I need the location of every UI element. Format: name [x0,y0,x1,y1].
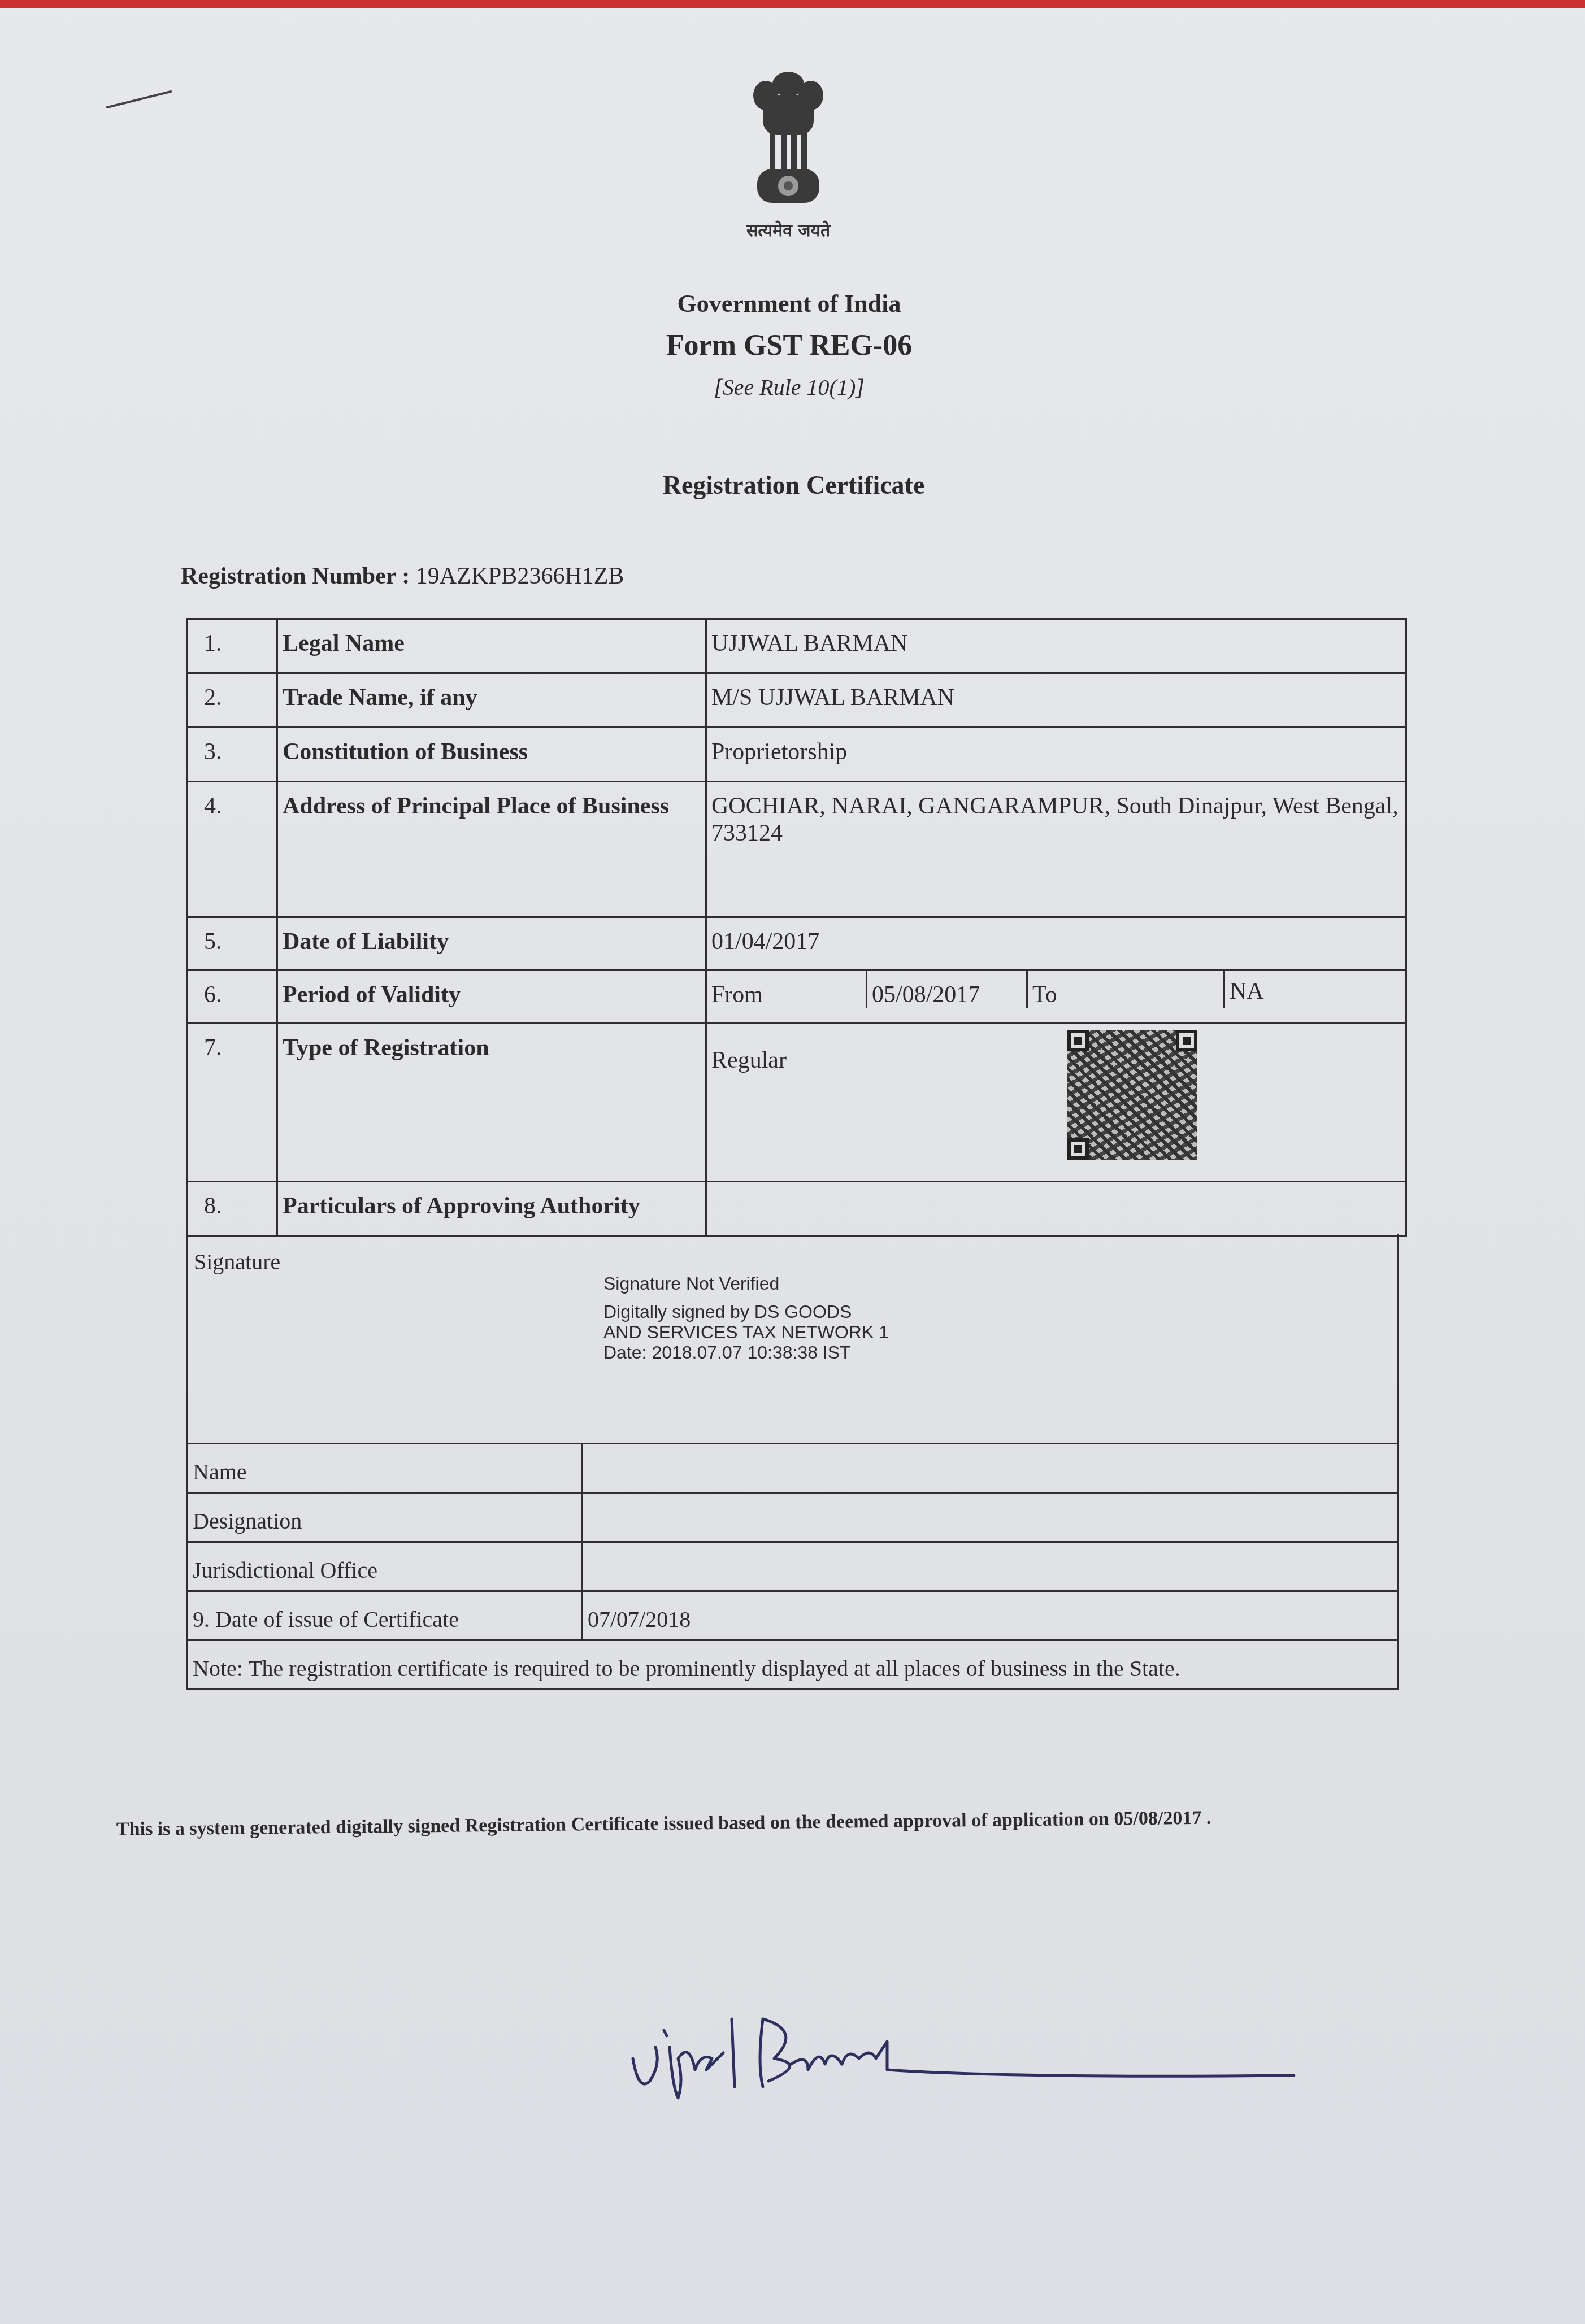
row-number: 2. [188,673,277,728]
table-row: 2. Trade Name, if any M/S UJJWAL BARMAN [188,673,1406,728]
row-label: Address of Principal Place of Business [277,782,706,917]
validity-period: From 05/08/2017 To NA [706,970,1406,1024]
certificate-page: सत्यमेव जयते Government of India Form GS… [0,8,1585,2324]
signature-status: Signature Not Verified [603,1273,889,1294]
handwritten-signature: Ujjwal Barman [616,1996,1317,2109]
table-row: 3. Constitution of Business Proprietorsh… [188,728,1406,782]
registration-number: Registration Number : 19AZKPB2366H1ZB [181,563,624,590]
emblem-motto: सत्यमेव जयते [723,218,853,241]
row-number: 6. [188,970,277,1024]
table-row: Jurisdictional Office [188,1542,1399,1591]
row-label: Trade Name, if any [277,673,706,728]
signature-date: Date: 2018.07.07 10:38:38 IST [603,1342,889,1363]
table-row: 8. Particulars of Approving Authority [188,1182,1406,1236]
registration-number-value: 19AZKPB2366H1ZB [416,563,624,589]
row-label: Legal Name [277,619,706,673]
approving-authority-value [706,1182,1406,1236]
table-row: 4. Address of Principal Place of Busines… [188,782,1406,917]
signed-by-org: AND SERVICES TAX NETWORK 1 [603,1322,889,1342]
table-row: 1. Legal Name UJJWAL BARMAN [188,619,1406,673]
system-generated-footer: This is a system generated digitally sig… [116,1808,1211,1840]
rule-reference: [See Rule 10(1)] [0,374,1582,401]
date-of-liability-value: 01/04/2017 [706,917,1406,970]
table-row: 9. Date of issue of Certificate 07/07/20… [188,1591,1399,1640]
government-heading: Government of India [0,289,1582,318]
row-number: 8. [188,1182,277,1236]
row-number: 4. [188,782,277,917]
constitution-value: Proprietorship [706,728,1406,782]
row-label: Particulars of Approving Authority [277,1182,706,1236]
table-row: 6. Period of Validity From 05/08/2017 To… [188,970,1406,1024]
national-emblem-icon [740,62,836,214]
jurisdictional-office-label: Jurisdictional Office [188,1542,583,1591]
issue-date-label: 9. Date of issue of Certificate [188,1591,583,1640]
to-date: NA [1225,971,1269,1008]
qr-code-icon [1067,1030,1197,1160]
address-value: GOCHIAR, NARAI, GANGARAMPUR, South Dinaj… [706,782,1406,917]
row-label: Date of Liability [277,917,706,970]
row-label: Type of Registration [277,1024,706,1182]
details-table: 1. Legal Name UJJWAL BARMAN 2. Trade Nam… [186,618,1407,1237]
registration-type-value: Regular [711,1034,1401,1074]
form-title: Form GST REG-06 [0,329,1582,362]
signature-label: Signature [194,1248,280,1275]
registration-number-label: Registration Number : [181,563,410,589]
to-label: To [1028,971,1225,1008]
from-label: From [707,971,867,1008]
authority-table: Name Designation Jurisdictional Office 9… [186,1443,1399,1690]
signed-by: Digitally signed by DS GOODS [603,1302,889,1322]
designation-value [583,1493,1399,1542]
table-row: Name [188,1444,1399,1493]
registration-type-cell: Regular [706,1024,1406,1182]
document-title: Registration Certificate [1,470,1585,500]
table-row: 5. Date of Liability 01/04/2017 [188,917,1406,970]
authority-name-value [583,1444,1399,1493]
row-number: 1. [188,619,277,673]
row-label: Constitution of Business [277,728,706,782]
display-note: Note: The registration certificate is re… [188,1640,1399,1690]
row-number: 3. [188,728,277,782]
table-row: Note: The registration certificate is re… [188,1640,1399,1690]
table-row: 7. Type of Registration Regular [188,1024,1406,1182]
from-date: 05/08/2017 [867,971,1028,1008]
pen-mark [106,90,172,109]
digital-signature: Signature Not Verified Digitally signed … [603,1273,889,1363]
row-number: 7. [188,1024,277,1182]
jurisdictional-office-value [583,1542,1399,1591]
designation-label: Designation [188,1493,583,1542]
row-number: 5. [188,917,277,970]
signature-block: Signature Signature Not Verified Digital… [186,1234,1399,1444]
trade-name-value: M/S UJJWAL BARMAN [706,673,1406,728]
issue-date-value: 07/07/2018 [583,1591,1399,1640]
authority-name-label: Name [188,1444,583,1493]
row-label: Period of Validity [277,970,706,1024]
table-row: Designation [188,1493,1399,1542]
legal-name-value: UJJWAL BARMAN [706,619,1406,673]
